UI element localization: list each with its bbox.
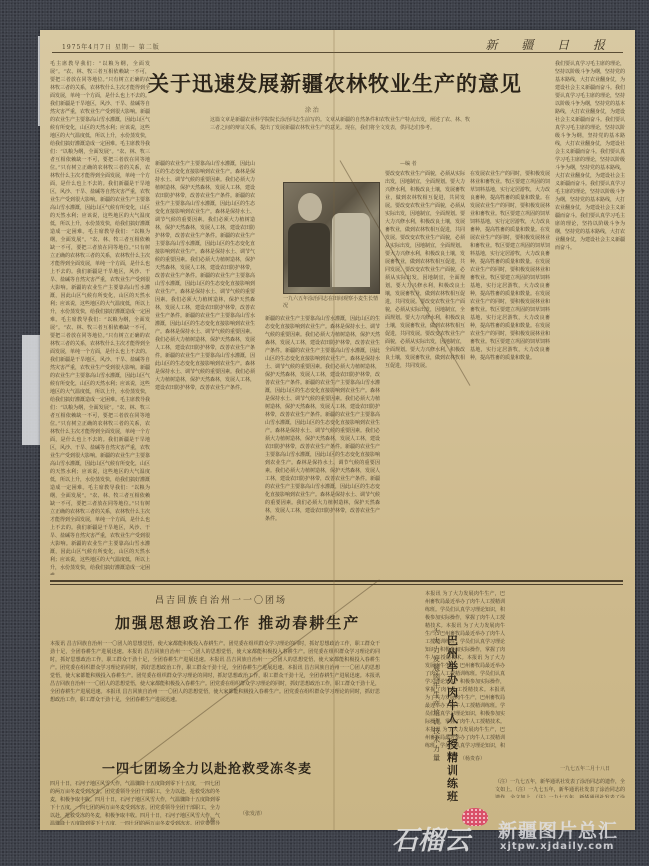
article-headline: 一四七团场全力以赴抢救受冻冬麦: [102, 758, 312, 777]
watermark-title: 新疆图片总汇: [498, 816, 618, 843]
watermark-url: xjtpw.xjdaily.com: [500, 841, 614, 852]
article-author: 涂 治: [305, 105, 319, 114]
newspaper-page: 1975年4月7日 星期一 第二版 新 疆 日 报 关于迅速发展新疆农林牧业生产…: [40, 30, 635, 830]
byline: 人都: [205, 817, 215, 824]
article-column-5: 我们要认真学习毛主席的理论，坚持以阶级斗争为纲，坚持党的基本路线，大打农业翻身仗…: [555, 60, 625, 760]
article-body: 本报讯 昌吉回族自治州一一〇团人的思想觉悟，使大家都能积极投入春耕生产。团党委在…: [50, 640, 380, 750]
photo-caption: 一九六五年涂治同志在田间观察小麦生长情况: [283, 296, 378, 310]
dateline: 1975年4月7日 星期一 第二版: [62, 42, 160, 51]
article-body: 四月十日，石河子地区风雪大作，气温骤降十五度降到零下十五度，一四七团的两万亩冬麦…: [50, 780, 220, 825]
byline: （杨贵春）: [460, 755, 485, 762]
watermark: 石榴云 新疆图片总汇 xjtpw.xjdaily.com: [392, 808, 649, 858]
article-column-3: 要改变农牧业生产面貌，必须从实际出发，因地制宜，全面规划。要大力兴修水利，积极改…: [385, 170, 465, 575]
article-column-1: 毛主席教导我们：“以粮为纲，全面发展”。“农、林、牧三者互相依赖缺一不可，要把三…: [50, 60, 150, 575]
tape-strip: [22, 335, 40, 445]
watermark-logo: 石榴云: [392, 820, 470, 857]
masthead: 新 疆 日 报: [486, 36, 615, 53]
section-rule: [50, 584, 623, 585]
article-body: 本报讯 为了大力发展肉牛生产，巴州畜牧局最近举办了肉牛人工授精训练班。学员们认真…: [425, 590, 505, 750]
article-title: 关于迅速发展新疆农林牧业生产的意见: [148, 68, 522, 98]
section-rule: [50, 580, 623, 582]
article-kicker: 昌吉回族自治州一一〇团场: [155, 593, 287, 606]
byline: （张发清）: [240, 810, 265, 817]
editor-sign: —编 者: [400, 160, 417, 167]
end-date: 一九七五年二月十八日: [560, 765, 610, 772]
article-column-6: 新疆的农业生产主要靠高山雪水灌溉，因此山区的生态变化直接影响到农业生产。森林是保…: [265, 315, 380, 575]
article-column-2: 新疆的农业生产主要靠高山雪水灌溉，因此山区的生态变化直接影响到农业生产。森林是保…: [155, 160, 255, 575]
header-rule: [52, 52, 623, 53]
article-column-4: 在发展农业生产的同时，要积极发展林业和畜牧业。牧区要建立巩固的饲草饲料基地，实行…: [470, 170, 550, 575]
pomegranate-icon: [462, 808, 488, 826]
news-photo: [283, 182, 380, 294]
editor-note: 这篇文章是新疆农业科学院院长涂治同志生前写的。文章从新疆的自然条件和农牧业生产特…: [210, 116, 470, 132]
footnote: （注）一九七五年，新华通讯社发表了涂治同志的遗作，全文如上。（注）一九七五年，新…: [495, 778, 625, 798]
